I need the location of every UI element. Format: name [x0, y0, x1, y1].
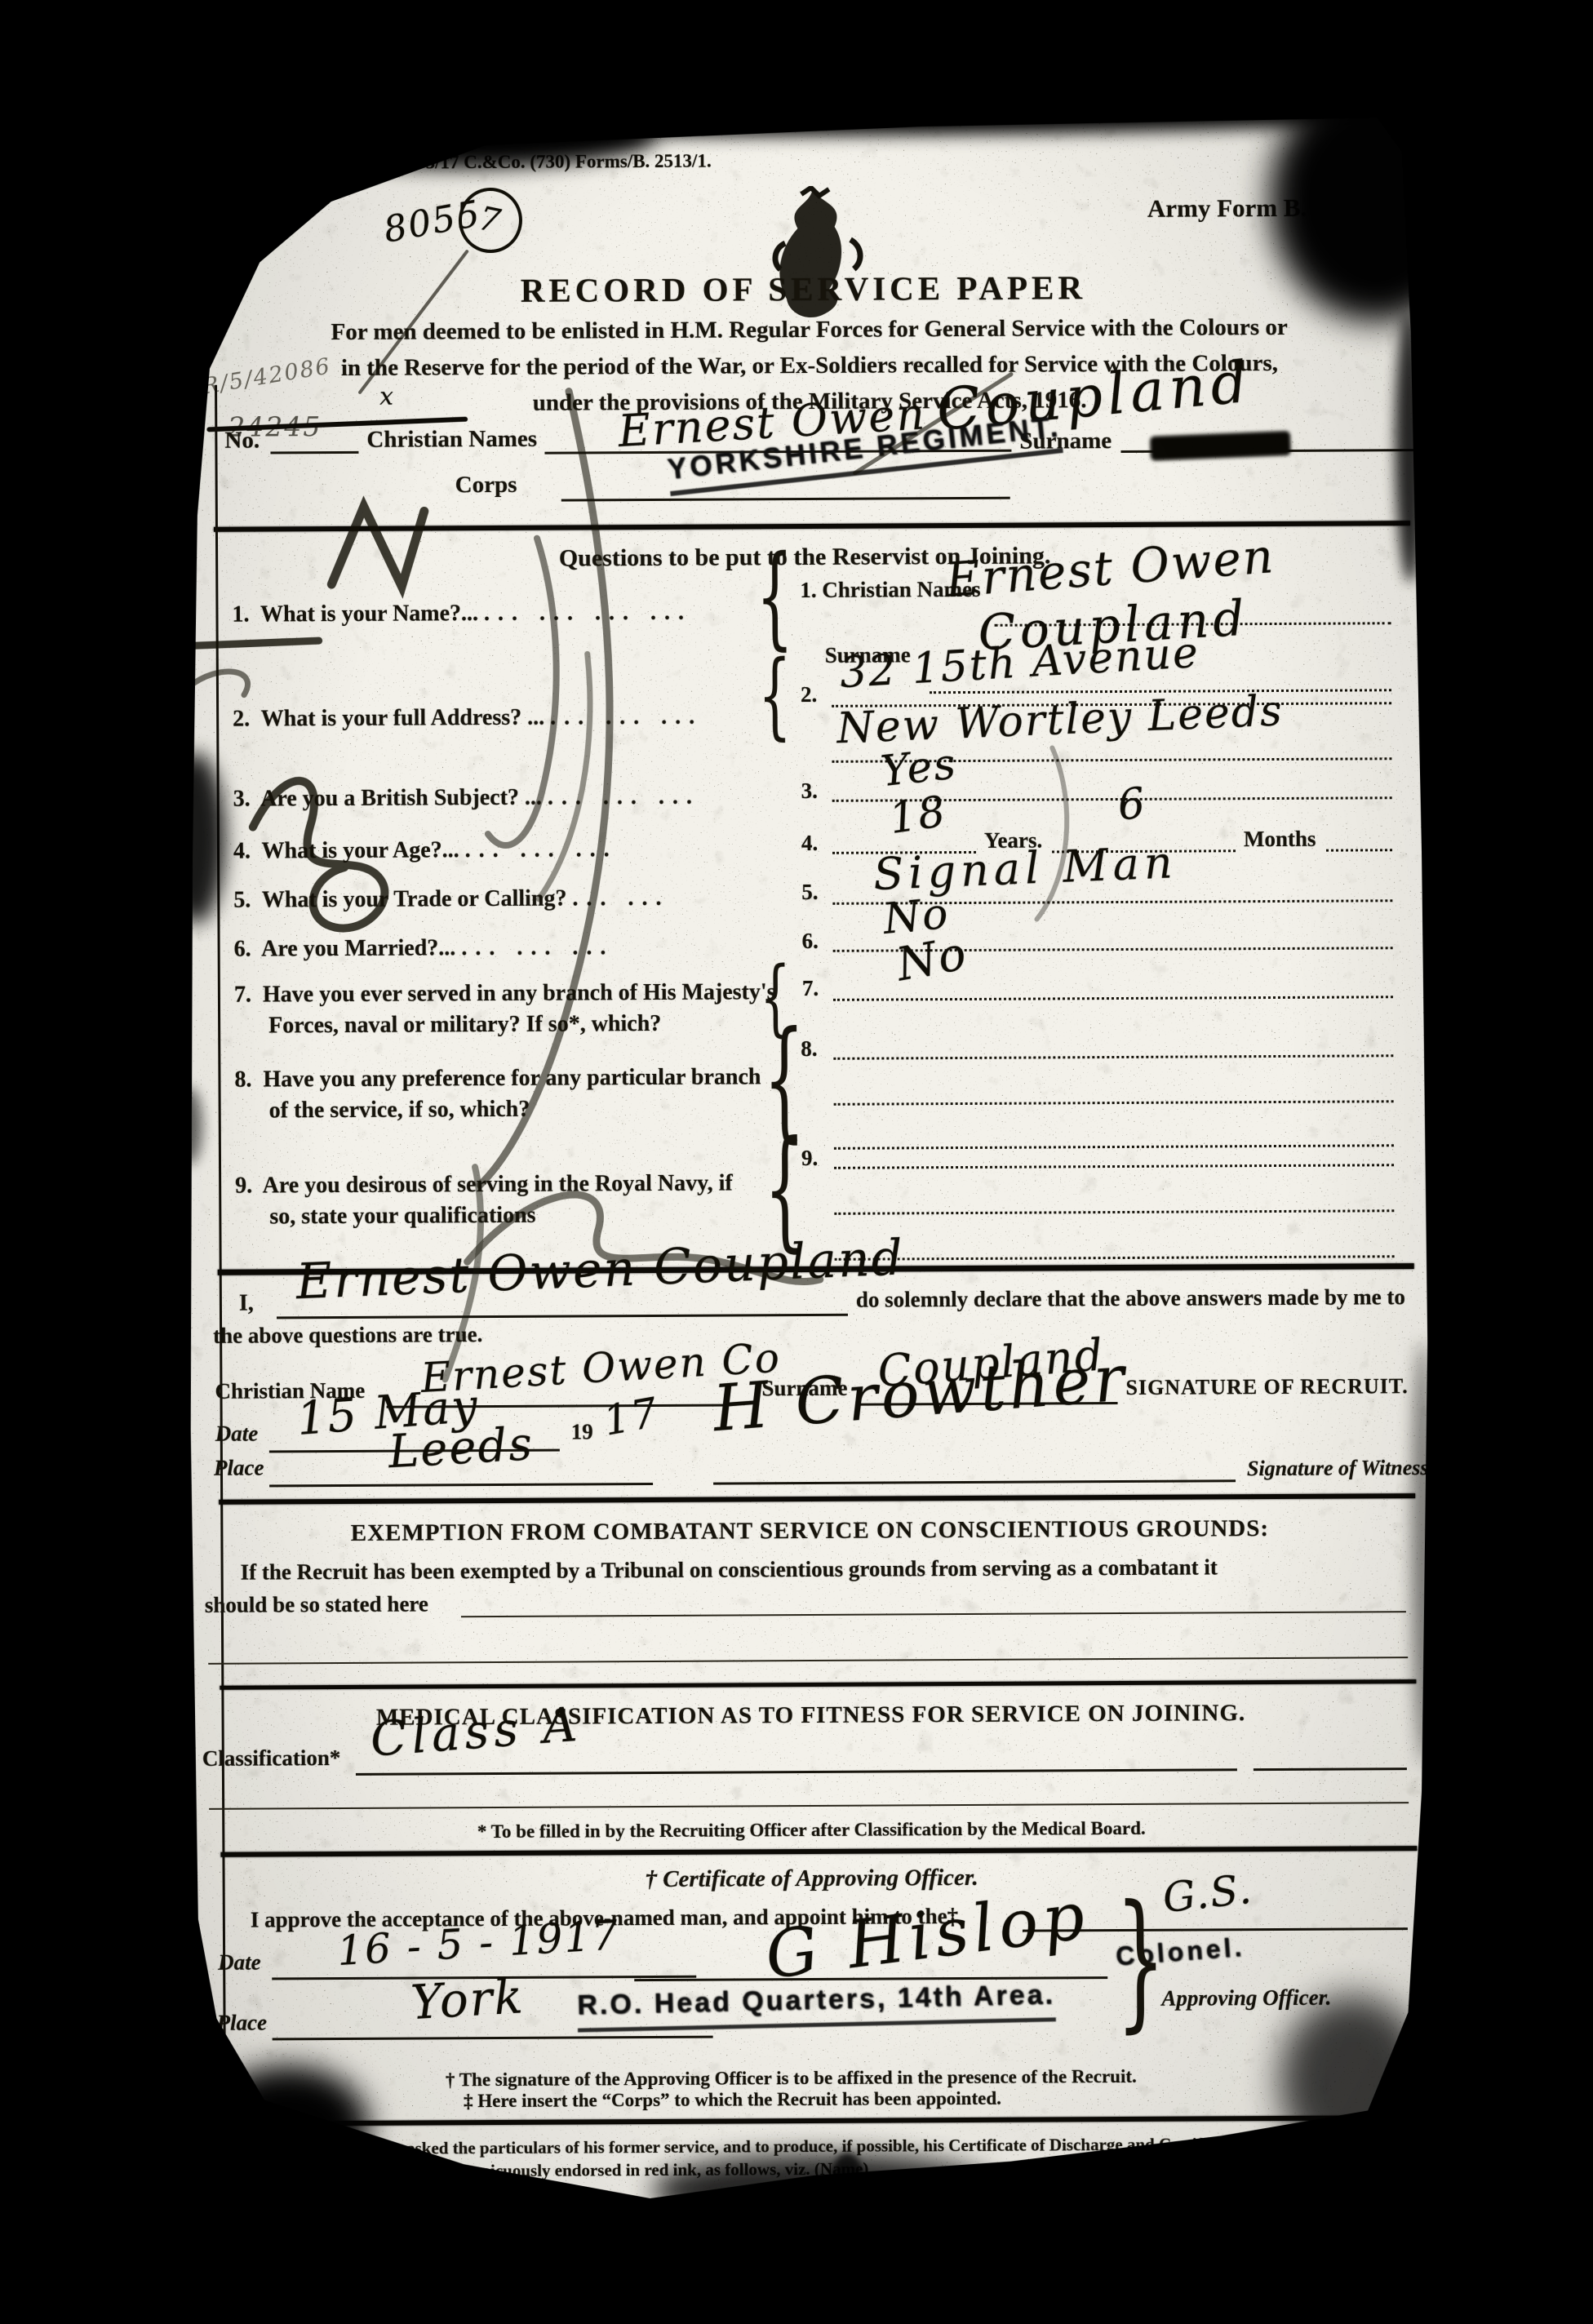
- medical-footnote: * To be filled in by the Recruiting Offi…: [193, 1816, 1430, 1844]
- bottom-footnote-3b: on the (Date): [832, 2181, 927, 2202]
- question-3: 3. Are you a British Subject? ... ... ..…: [233, 784, 700, 813]
- question-5: 5. What is your Trade or Calling? ... ..…: [233, 885, 669, 914]
- answer-7-line: [833, 996, 1393, 1001]
- ink-scratch-blot: [1150, 431, 1291, 461]
- question-9-line2: so, state your qualifications: [269, 1203, 535, 1231]
- signature-of-recruit-caption: SIGNATURE OF RECRUIT.: [1125, 1374, 1408, 1400]
- no-label: No.: [224, 428, 260, 455]
- bottom-regiment-line: [432, 2200, 815, 2203]
- answer-9-num: 9.: [801, 1146, 818, 1171]
- no-line: [270, 451, 358, 455]
- classification-line: [356, 1768, 1237, 1776]
- question-8: 8. Have you any preference for any parti…: [234, 1064, 761, 1093]
- declaration-name-value: Ernest Owen Coupland: [295, 1229, 906, 1311]
- section-rule-3: [219, 1493, 1415, 1505]
- intro-line-1: For men deemed to be enlisted in H.M. Re…: [218, 313, 1401, 347]
- section-rule-1: [214, 521, 1410, 532]
- answer-7-value: No: [893, 927, 972, 991]
- answer-2-num: 2.: [801, 682, 817, 707]
- left-small-blot: [176, 1087, 202, 1164]
- answer-8-num: 8.: [801, 1036, 817, 1062]
- exemption-heading: EXEMPTION FROM COMBATANT SERVICE ON CONS…: [191, 1515, 1428, 1548]
- exemption-line-1: [461, 1611, 1406, 1617]
- hq-stamp: R.O. Head Quarters, 14th Area.: [577, 1979, 1056, 2032]
- paper-sheet: ,000 3/17 C.&Co. (730) Forms/B. 2513/1. …: [184, 118, 1431, 2203]
- certificate-place-line: [273, 2036, 713, 2041]
- declaration-text-2: the above questions are true.: [213, 1322, 482, 1349]
- bottom-footnote-3a: enrolled in the (Regiment): [220, 2184, 411, 2206]
- declaration-prefix: I,: [239, 1291, 254, 1317]
- top-right-corner-smear: [1269, 77, 1483, 322]
- appointment-value: G.S.: [1160, 1865, 1255, 1923]
- bottom-left-smear: [206, 2065, 370, 2189]
- answer-8-line2: [834, 1100, 1394, 1106]
- answer-5-value: Signal Man: [872, 836, 1178, 900]
- answer-3-value: Yes: [878, 739, 959, 796]
- witness-line: [713, 1479, 1236, 1484]
- place-line: [269, 1483, 653, 1487]
- ink-drip-blot: [831, 2153, 863, 2210]
- question-4: 4. What is your Age?... ... ... ...: [233, 836, 618, 864]
- page-title: RECORD OF SERVICE PAPER: [184, 266, 1422, 312]
- certificate-date-label: Date: [218, 1950, 261, 1976]
- section-rule-4: [220, 1679, 1416, 1690]
- answer-4-num: 4.: [801, 831, 818, 856]
- bottom-center-smear: [651, 2152, 994, 2227]
- months-label: Months: [1236, 827, 1325, 853]
- answer-5-num: 5.: [801, 880, 818, 905]
- question-2: 2. What is your full Address? ... ... ..…: [233, 704, 703, 733]
- bottom-date-line: [954, 2198, 1264, 2201]
- exemption-line-2: [208, 1657, 1408, 1665]
- corps-line: [561, 497, 1010, 502]
- question-7-line2: Forces, naval or military? If so*, which…: [268, 1011, 661, 1040]
- question-9: 9. Are you desirous of serving in the Ro…: [235, 1170, 733, 1199]
- answer-9-line3: [835, 1255, 1395, 1261]
- approving-officer-brace: }: [1116, 1873, 1166, 2047]
- question-7: 7. Have you ever served in any branch of…: [234, 979, 776, 1008]
- date-label: Date: [215, 1421, 259, 1447]
- answer-8-line1: [833, 1054, 1393, 1060]
- answer-7-num: 7.: [802, 976, 819, 1001]
- answer-8-line3: [834, 1144, 1394, 1150]
- signature-of-witness-caption: Signature of Witness.: [1247, 1456, 1434, 1481]
- declaration-text: do solemnly declare that the above answe…: [856, 1284, 1405, 1313]
- top-edge-smear: [159, 96, 1449, 139]
- question-8-line2: of the service, if so, which?: [269, 1097, 530, 1124]
- answer-9-line2: [834, 1209, 1394, 1215]
- certificate-footnote-2: ‡ Here insert the “Corps” to which the R…: [464, 2088, 1001, 2112]
- declaration-name-line: [277, 1314, 848, 1319]
- section-rule-6: [222, 2115, 1418, 2127]
- answer-3-num: 3.: [801, 778, 818, 804]
- circled-number-value: 7: [476, 200, 505, 242]
- answer-4-years-value: 18: [886, 787, 950, 845]
- answer-2-line1-value: 32 15th Avenue: [838, 628, 1200, 698]
- year-print: 19: [571, 1419, 593, 1444]
- left-margin-blot: [164, 752, 225, 924]
- corps-label: Corps: [455, 472, 517, 499]
- certificate-footnote-1: † The signature of the Approving Officer…: [446, 2066, 1137, 2091]
- classification-line-2: [1254, 1767, 1407, 1771]
- right-edge-smear: [1395, 313, 1426, 583]
- circled-number: 7: [459, 188, 522, 253]
- exemption-body-1: If the Recruit has been exempted by a Tr…: [241, 1554, 1408, 1585]
- year-value: 17: [600, 1389, 663, 1445]
- certificate-place-value: York: [410, 1968, 526, 2030]
- answer-4-months-value: 6: [1116, 778, 1149, 830]
- place-label: Place: [214, 1455, 264, 1480]
- place-value: Leeds: [387, 1417, 535, 1479]
- bottom-name-line: [913, 2174, 1403, 2178]
- question-6: 6. Are you Married?... ... ... ...: [234, 934, 615, 962]
- christian-names-label: Christian Names: [366, 426, 537, 454]
- section-rule-5: [220, 1846, 1417, 1857]
- bottom-right-smear: [1279, 1994, 1427, 2167]
- classification-label: Classification*: [202, 1745, 341, 1772]
- answer-9-line1: [834, 1164, 1394, 1169]
- question-1: 1. What is your Name?... ... ... ... ...: [232, 600, 692, 628]
- scanned-document: ,000 3/17 C.&Co. (730) Forms/B. 2513/1. …: [0, 0, 1593, 2324]
- certificate-place-label: Place: [216, 2010, 267, 2035]
- approving-officer-label: Approving Officer.: [1161, 1985, 1331, 2011]
- answer-2-line2-value: New Wortley Leeds: [836, 686, 1285, 753]
- exemption-body-2: should be so stated here: [205, 1591, 428, 1617]
- leader-dots: ... ... ... ...: [484, 600, 692, 626]
- answer-6-num: 6.: [802, 929, 819, 954]
- answer-brace-2: {: [758, 641, 792, 750]
- medical-blank-line: [209, 1802, 1409, 1810]
